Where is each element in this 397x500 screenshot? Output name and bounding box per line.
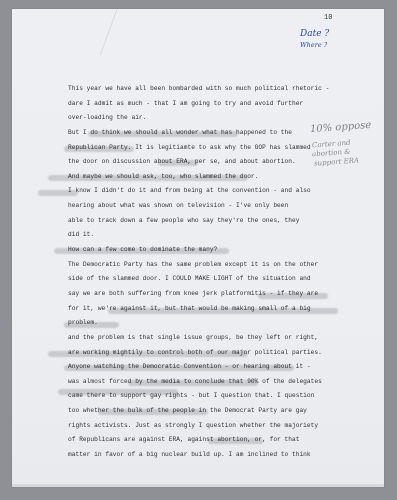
text-line: How can a few come to dominate the many? (68, 243, 368, 258)
text-line: was almost forced by the media to conclu… (68, 375, 368, 390)
text-line: This year we have all been bombarded wit… (68, 82, 368, 97)
text-line: side of the slammed door. I COULD MAKE L… (68, 272, 368, 287)
text-line-content: How can a few come to dominate the many? (68, 246, 217, 253)
text-line-content: I know I didn't do it and from being at … (68, 187, 311, 194)
text-line-content: came there to support gay rights - but I… (68, 392, 314, 399)
text-line: too whether the bulk of the people in th… (68, 404, 368, 419)
text-line-content: hearing about what was shown on televisi… (68, 202, 288, 209)
text-line-content: say we are both suffering from knee jerk… (68, 290, 318, 297)
text-line-content: But I do think we should all wonder what… (68, 129, 292, 136)
handwritten-note-date: Date ? (300, 30, 329, 39)
text-line: hearing about what was shown on televisi… (68, 199, 368, 214)
text-line-content: too whether the bulk of the people in th… (68, 407, 307, 414)
text-line-content: problem. (68, 319, 98, 326)
text-line: over-loading the air. (68, 111, 368, 126)
text-line-content: for it, we're against it, but that would… (68, 305, 311, 312)
text-line-content: able to track down a few people who say … (68, 217, 299, 224)
text-line: of Republicans are against ERA, against … (68, 433, 368, 448)
text-line-content: rights activists. Just as strongly I que… (68, 422, 318, 429)
text-line-content: Republican Party. It is legitiamte to as… (68, 144, 311, 151)
text-line-content: This year we have all been bombarded wit… (68, 85, 329, 92)
text-line: Anyone watching the Democratic Conventio… (68, 360, 368, 375)
text-line-content: are working mightily to control both of … (68, 349, 322, 356)
text-line-content: and the problem is that single issue gro… (68, 334, 318, 341)
text-line: Republican Party. It is legitiamte to as… (68, 141, 368, 156)
text-line: problem. (68, 316, 368, 331)
text-line: I know I didn't do it and from being at … (68, 184, 368, 199)
text-line: dare I admit as much - that I am going t… (68, 97, 368, 112)
text-line: and the problem is that single issue gro… (68, 331, 368, 346)
text-line: rights activists. Just as strongly I que… (68, 419, 368, 434)
handwritten-note-where: Where ? (300, 41, 327, 50)
text-line: for it, we're against it, but that would… (68, 302, 368, 317)
text-line: came there to support gay rights - but I… (68, 389, 368, 404)
text-line: are working mightily to control both of … (68, 346, 368, 361)
text-line-content: did it. (68, 231, 94, 238)
page-number: 10 (324, 14, 332, 22)
text-line-content: The Democratic Party has the same proble… (68, 261, 318, 268)
text-line: the door on discussion about ERA, per se… (68, 155, 368, 170)
text-line-content: And maybe we should ask, too, who slamme… (68, 173, 258, 180)
text-line-content: over-loading the air. (68, 114, 146, 121)
text-line-content: the door on discussion about ERA, per se… (68, 158, 296, 165)
text-line: did it. (68, 228, 368, 243)
text-line: And maybe we should ask, too, who slamme… (68, 170, 368, 185)
typed-body-text: This year we have all been bombarded wit… (68, 82, 368, 463)
text-line-content: matter in favor of a big nuclear build u… (68, 451, 311, 458)
text-line: The Democratic Party has the same proble… (68, 258, 368, 273)
page-edge (12, 484, 384, 487)
text-line-content: of Republicans are against ERA, against … (68, 436, 299, 443)
text-line-content: Anyone watching the Democratic Conventio… (68, 363, 311, 370)
text-line-content: was almost forced by the media to conclu… (68, 378, 322, 385)
text-line: But I do think we should all wonder what… (68, 126, 368, 141)
text-line: matter in favor of a big nuclear build u… (68, 448, 368, 463)
text-line-content: side of the slammed door. I COULD MAKE L… (68, 275, 311, 282)
text-line: able to track down a few people who say … (68, 214, 368, 229)
text-line-content: dare I admit as much - that I am going t… (68, 100, 303, 107)
text-line: say we are both suffering from knee jerk… (68, 287, 368, 302)
